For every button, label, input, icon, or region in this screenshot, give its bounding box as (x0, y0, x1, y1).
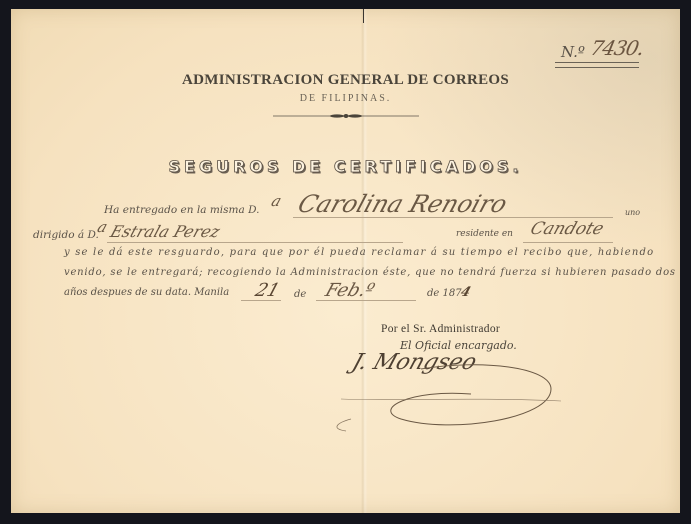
month-value: Feb.º (323, 280, 378, 301)
organization-subtitle: DE FILIPINAS. (11, 93, 680, 104)
residence-fill-line (523, 242, 613, 243)
recipient-fill-line (107, 242, 403, 243)
signature-authority: Por el Sr. Administrador (381, 323, 500, 335)
body-line5-de1: de (294, 289, 306, 300)
month-fill-line (316, 300, 416, 301)
body-line5-de2: de 187 (427, 288, 462, 299)
fold-mark (363, 9, 364, 23)
sender-fill-line (293, 217, 613, 218)
recipient-name: Estrala Perez (108, 222, 222, 241)
body-line3: y se le dá este resguardo, para que por … (64, 247, 654, 258)
document-title: SEGUROS DE CERTIFICADOS. (11, 157, 680, 176)
certificate-number: 7430. (588, 36, 645, 60)
body-line1-suffix: uno (625, 208, 640, 217)
day-value: 21 (253, 280, 283, 301)
signature-flourish-icon (331, 339, 571, 449)
number-underline (555, 62, 639, 68)
body-line2-middle: residente en (456, 229, 513, 239)
superscript-a-2: a (95, 218, 110, 236)
body-line2-prefix: dirigido á D. (33, 229, 99, 241)
body-line4: venido, se le entregará; recogiendo la A… (64, 267, 676, 278)
superscript-a: a (269, 192, 284, 210)
sender-name: Carolina Renoiro (294, 190, 510, 218)
ornament-divider-icon (273, 113, 419, 119)
certificate-document: N.º 7430. ADMINISTRACION GENERAL DE CORR… (11, 9, 680, 513)
body-line1-prefix: Ha entregado en la misma D. (104, 204, 259, 216)
residence-name: Candote (528, 219, 607, 239)
organization-title: ADMINISTRACION GENERAL DE CORREOS (11, 72, 680, 89)
body-line5-prefix: años despues de su data. Manila (64, 287, 229, 298)
day-fill-line (241, 300, 281, 301)
number-label: N.º (561, 43, 585, 61)
